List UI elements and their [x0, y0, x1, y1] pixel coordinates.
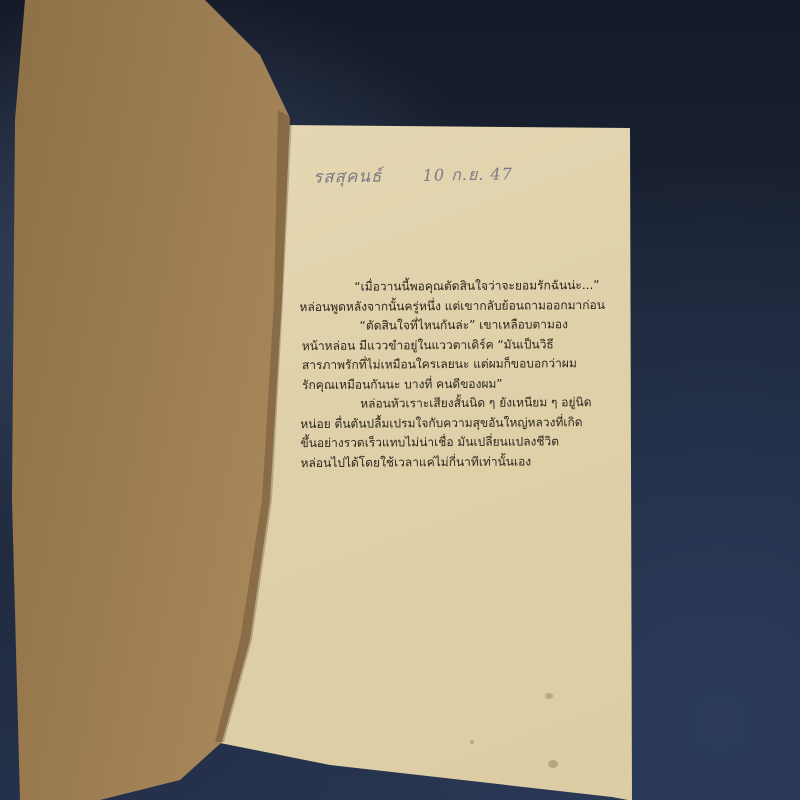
- text-line: หน่อย ตื่นตันปลื้มเปรมใจกับความสุขอันใหญ…: [300, 412, 610, 434]
- text-line: ขึ้นอย่างรวดเร็วแทบไม่น่าเชื่อ มันเปลี่ย…: [300, 432, 610, 454]
- inscription-date: 10 ก.ย. 47: [423, 164, 513, 185]
- text-line: สารภาพรักที่ไม่เหมือนใครเลยนะ แต่ผมก็ขอบ…: [300, 354, 610, 376]
- text-line: หล่อนหัวเราะเสียงสั้นนิด ๆ ยังเหนียม ๆ อ…: [300, 393, 610, 415]
- text-line: หล่อนพูดหลังจากนั้นครู่หนึ่ง แต่เขากลับย…: [299, 295, 609, 317]
- page-stain: [470, 740, 474, 744]
- printed-paragraph: “เมื่อวานนี้พอคุณตัดสินใจว่าจะยอมรักฉันน…: [299, 276, 610, 473]
- text-line: รักคุณเหมือนกันนะ บางที่ คนดีของผม”: [300, 373, 610, 395]
- pencil-inscription: รสสุคนธ์ 10 ก.ย. 47: [313, 160, 513, 190]
- inscription-name: รสสุคนธ์: [313, 167, 383, 188]
- photo-scene: รสสุคนธ์ 10 ก.ย. 47 “เมื่อวานนี้พอคุณตัด…: [0, 0, 800, 800]
- page-stain: [545, 693, 553, 699]
- text-line: หล่อนไปได้โดยใช้เวลาแค่ไม่กี่นาทีเท่านั้…: [301, 451, 611, 473]
- text-line: “เมื่อวานนี้พอคุณตัดสินใจว่าจะยอมรักฉันน…: [299, 276, 609, 298]
- text-line: หน้าหล่อน มีแววขำอยู่ในแววตาเดิร์ค “มันเ…: [300, 334, 610, 356]
- page-stain: [548, 760, 558, 768]
- text-line: “ตัดสินใจที่ไหนกันล่ะ” เขาเหลือบตามอง: [300, 315, 610, 337]
